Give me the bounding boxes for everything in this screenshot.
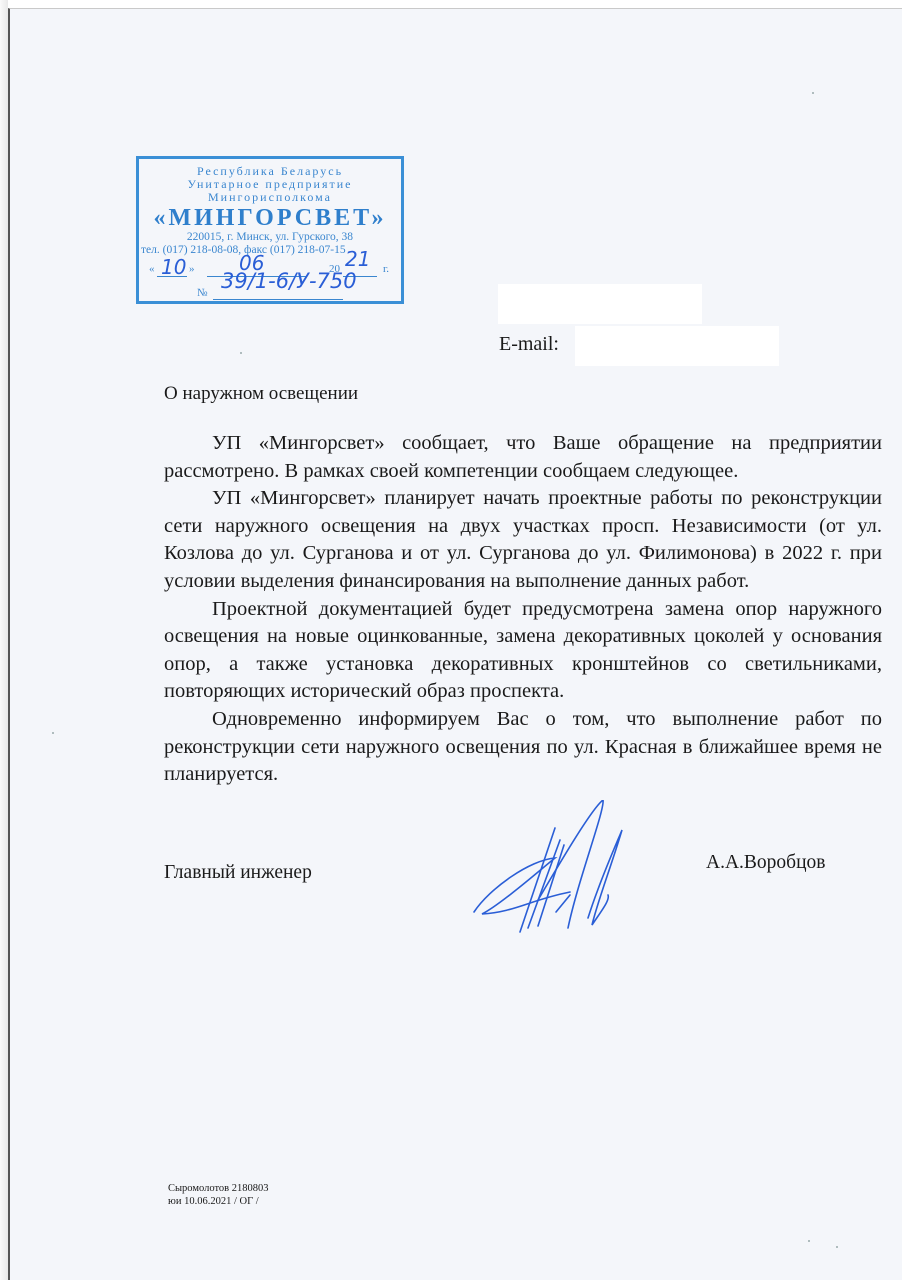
handwritten-signature-icon	[460, 800, 660, 950]
scan-speck	[52, 732, 54, 734]
stamp-quote-close: »	[189, 263, 195, 275]
registration-line: юи 10.06.2021 / ОГ /	[168, 1195, 269, 1208]
paragraph-2: УП «Мингорсвет» планирует начать проектн…	[164, 485, 882, 595]
paragraph-4: Одновременно информируем Вас о том, что …	[164, 706, 882, 789]
redacted-email-value	[575, 326, 779, 366]
registration-stamp: Республика Беларусь Унитарное предприяти…	[136, 156, 404, 304]
stamp-number-handwritten: 39/1-6/У-750	[221, 269, 357, 293]
paragraph-3: Проектной документацией будет предусмотр…	[164, 596, 882, 706]
scan-speck	[836, 1246, 838, 1248]
stamp-address: 220015, г. Минск, ул. Гурского, 38	[139, 231, 401, 244]
scan-edge	[0, 0, 8, 1280]
stamp-year-suffix: г.	[383, 263, 389, 275]
executor-line: Сыромолотов 2180803	[168, 1182, 269, 1195]
stamp-brand: «МИНГОРСВЕТ»	[139, 205, 401, 231]
email-label: E-mail:	[499, 333, 559, 356]
stamp-day-handwritten: 10	[161, 255, 186, 279]
scan-speck	[240, 352, 242, 354]
scan-speck	[808, 1240, 810, 1242]
stamp-quote-open: «	[149, 263, 155, 275]
stamp-year-handwritten: 21	[345, 247, 370, 271]
stamp-number-label: №	[197, 287, 208, 299]
stamp-authority: Мингорисполкома	[139, 191, 401, 204]
letter-body: УП «Мингорсвет» сообщает, что Ваше обращ…	[164, 430, 882, 789]
redacted-recipient-name	[498, 284, 702, 324]
signatory-name: А.А.Воробцов	[706, 852, 826, 874]
scan-speck	[812, 92, 814, 94]
stamp-number-line	[213, 299, 343, 300]
executor-footer: Сыромолотов 2180803 юи 10.06.2021 / ОГ /	[168, 1182, 269, 1208]
signatory-title: Главный инженер	[164, 862, 312, 884]
letter-subject: О наружном освещении	[164, 383, 358, 405]
paragraph-1: УП «Мингорсвет» сообщает, что Ваше обращ…	[164, 430, 882, 485]
